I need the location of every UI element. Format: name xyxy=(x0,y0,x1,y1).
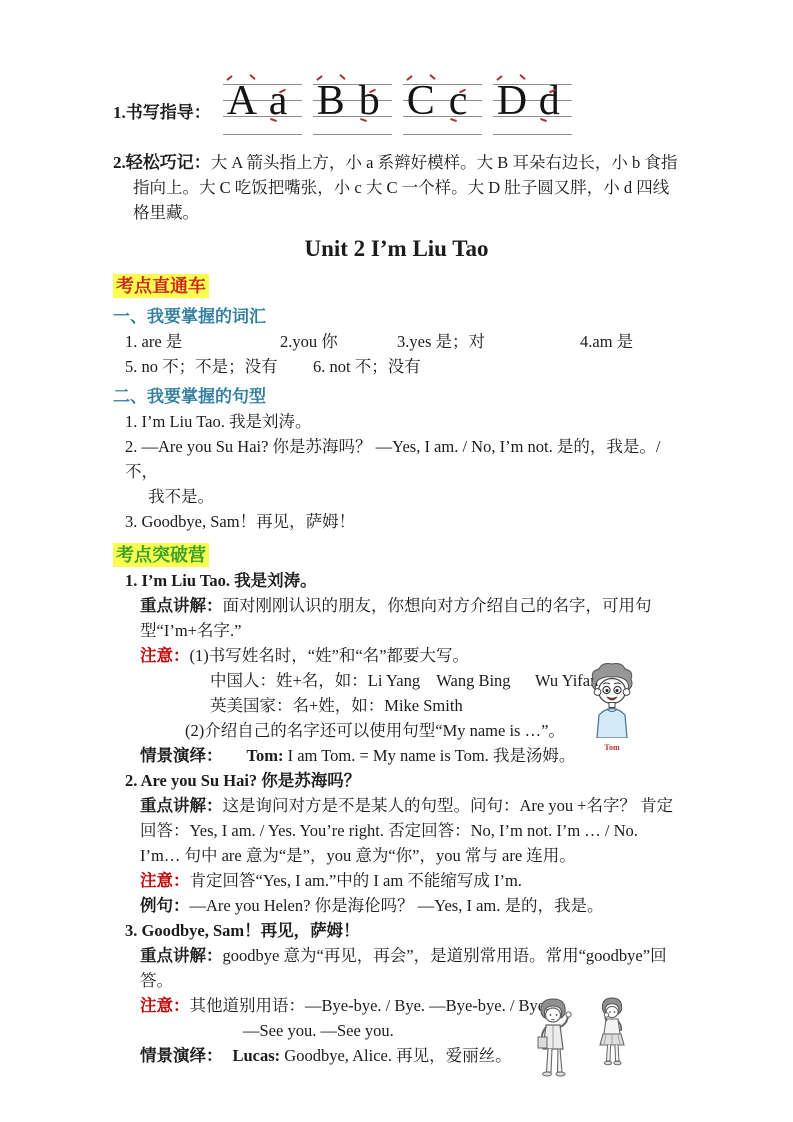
unit-title: Unit 2 I’m Liu Tao xyxy=(113,233,680,265)
uppercase-letter: B xyxy=(317,80,345,122)
breakout-item1-title: 1. I’m Liu Tao. 我是刘涛。 xyxy=(113,568,680,593)
lowercase-letter: c xyxy=(449,80,468,122)
breakout-header-row: 考点突破营 xyxy=(113,543,680,568)
note-text: 肯定回答“Yes, I am.”中的 I am 不能缩写成 I’m. xyxy=(190,871,522,890)
note-text: 其他道别用语：—Bye-bye. / Bye. —Bye-bye. / Bye. xyxy=(190,996,550,1015)
scene-speaker: Lucas: xyxy=(233,1046,281,1065)
example-label: 例句： xyxy=(140,896,190,915)
note-text: —See you. —See you. xyxy=(243,1018,394,1043)
lowercase-letter: a xyxy=(269,80,288,122)
vocab-item: 1. are 是 xyxy=(125,329,280,354)
explain-label: 重点讲解： xyxy=(140,946,223,965)
note-label: 注意： xyxy=(140,996,190,1015)
letter-grid-dd: D d xyxy=(493,84,572,136)
lowercase-letter: b xyxy=(359,80,380,122)
pattern-sentence-2: 2. —Are you Su Hai? 你是苏海吗？ —Yes, I am. /… xyxy=(113,434,680,484)
vocab-section-header: 一、我要掌握的词汇 xyxy=(113,304,680,329)
item2-note: 注意：肯定回答“Yes, I am.”中的 I am 不能缩写成 I’m. xyxy=(140,868,680,893)
note-label: 注意： xyxy=(140,646,190,665)
note-text: (1)书写姓名时，“姓”和“名”都要大写。 xyxy=(190,646,470,665)
scene-speaker: Tom: xyxy=(247,746,284,765)
page-content: 1.书写指导： A a B b C c xyxy=(113,0,680,1068)
note-label: 注意： xyxy=(140,871,190,890)
letter-grid-aa: A a xyxy=(223,84,302,136)
letter-grid-cc: C c xyxy=(403,84,482,136)
note-text: 英美国家：名+姓，如：Mike Smith xyxy=(210,693,463,718)
note-text: (2)介绍自己的名字还可以使用句型“My name is …”。 xyxy=(185,718,565,743)
guideline xyxy=(493,134,572,135)
writing-guide-row: 1.书写指导： A a B b C c xyxy=(113,84,680,140)
uppercase-letter: D xyxy=(497,80,527,122)
express-header-row: 考点直通车 xyxy=(113,274,680,299)
goodbye-kids-illustration xyxy=(520,985,655,1092)
pattern-sentence-2-continued: 我不是。 xyxy=(113,484,680,509)
uppercase-letter: C xyxy=(407,80,435,122)
cartoon-boy-icon xyxy=(580,662,644,738)
explain-label: 重点讲解： xyxy=(140,796,223,815)
writing-guide-label: 1.书写指导： xyxy=(113,100,211,125)
example-text: —Are you Helen? 你是海伦吗？ —Yes, I am. 是的，我是… xyxy=(190,896,604,915)
document-page: 1.书写指导： A a B b C c xyxy=(0,0,793,1122)
vocab-item: 5. no 不；不是；没有 xyxy=(125,354,313,379)
scene-text: Goodbye, Alice. 再见，爱丽丝。 xyxy=(284,1046,511,1065)
note-text: 中国人：姓+名，如：Li Yang Wang Bing Wu Yifan xyxy=(210,668,598,693)
breakout-item3-title: 3. Goodbye, Sam！再见，萨姆！ xyxy=(113,918,680,943)
scene-label: 情景演绎： xyxy=(140,746,223,765)
explain-label: 重点讲解： xyxy=(140,596,223,615)
item2-example: 例句：—Are you Helen? 你是海伦吗？ —Yes, I am. 是的… xyxy=(140,893,680,918)
vocab-item: 4.am 是 xyxy=(580,329,633,354)
pattern-sentence-1: 1. I’m Liu Tao. 我是刘涛。 xyxy=(113,409,680,434)
guideline xyxy=(403,134,482,135)
tom-illustration: Tom xyxy=(580,662,644,752)
letter-grid-bb: B b xyxy=(313,84,392,136)
uppercase-letter: A xyxy=(227,80,257,122)
vocab-item: 6. not 不；没有 xyxy=(313,354,421,379)
guideline xyxy=(223,134,302,135)
express-header-badge: 考点直通车 xyxy=(113,274,209,298)
waving-kids-icon xyxy=(520,985,655,1085)
letter-practice-grids: A a B b C c D xyxy=(223,84,572,136)
pattern-section-header: 二、我要掌握的句型 xyxy=(113,384,680,409)
item2-explain: 重点讲解：这是询问对方是不是某人的句型。问句：Are you +名字？ 肯定回答… xyxy=(140,793,680,868)
breakout-item2-title: 2. Are you Su Hai? 你是苏海吗？ xyxy=(113,768,680,793)
tom-caption: Tom xyxy=(580,743,644,752)
mnemonic-text: 大 A 箭头指上方，小 a 系辫好模样。大 B 耳朵右边长，小 b 食指指向上。… xyxy=(133,153,677,222)
vocab-row-2: 5. no 不；不是；没有 6. not 不；没有 xyxy=(113,354,680,379)
vocab-item: 3.yes 是；对 xyxy=(397,329,580,354)
scene-text: I am Tom. = My name is Tom. 我是汤姆。 xyxy=(288,746,576,765)
pattern-sentence-3: 3. Goodbye, Sam！再见，萨姆！ xyxy=(113,509,680,534)
mnemonic-label: 2.轻松巧记： xyxy=(113,153,211,172)
lowercase-letter: d xyxy=(539,80,560,122)
vocab-item: 2.you 你 xyxy=(280,329,397,354)
vocab-row-1: 1. are 是 2.you 你 3.yes 是；对 4.am 是 xyxy=(113,329,680,354)
scene-label: 情景演绎： xyxy=(140,1046,223,1065)
mnemonic-paragraph: 2.轻松巧记：大 A 箭头指上方，小 a 系辫好模样。大 B 耳朵右边长，小 b… xyxy=(113,150,680,225)
guideline xyxy=(313,134,392,135)
breakout-header-badge: 考点突破营 xyxy=(113,543,209,567)
item1-explain: 重点讲解：面对刚刚认识的朋友，你想向对方介绍自己的名字，可用句型“I’m+名字.… xyxy=(140,593,680,643)
